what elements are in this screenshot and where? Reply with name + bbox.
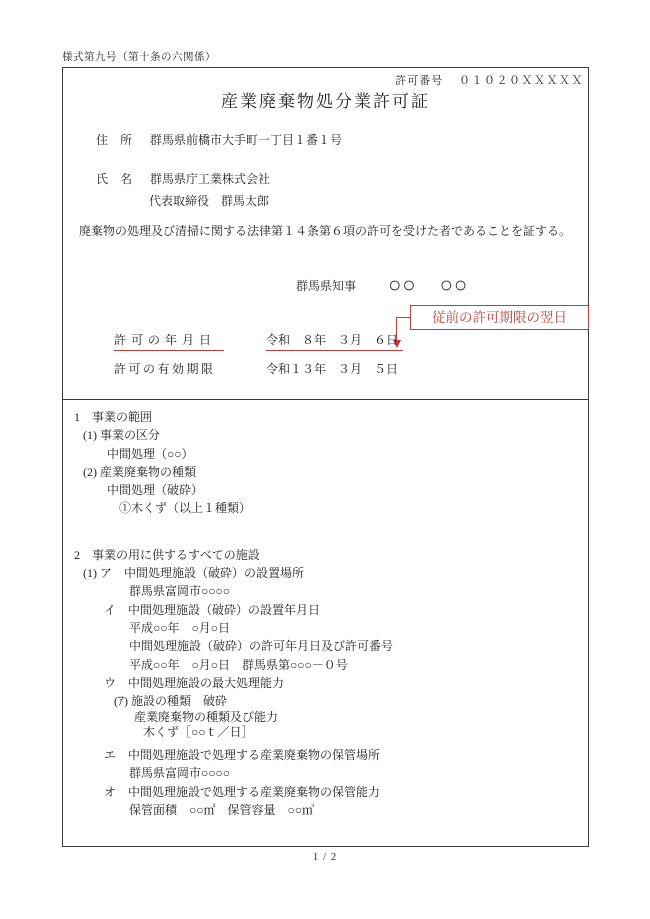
certificate-title: 産業廃棄物処分業許可証 — [63, 87, 588, 112]
body-line: エ 中間処理施設で処理する産業廃棄物の保管場所 — [104, 746, 588, 764]
body-line: イ 中間処理施設（破砕）の設置年月日 — [104, 601, 588, 619]
annotation-callout: 従前の許可期限の翌日 — [410, 305, 589, 330]
body-line: 2 事業の用に供するすべての施設 — [74, 546, 588, 564]
body-line: 1 事業の範囲 — [74, 408, 588, 426]
body-line: (2) 産業廃棄物の種類 — [83, 463, 588, 481]
document-page: 様式第九号（第十条の六関係） 許可番号 ０１０２０ＸＸＸＸＸ 産業廃棄物処分業許… — [0, 0, 650, 919]
governor-label: 群馬県知事 — [296, 277, 356, 294]
permit-date-label: 許可の年月日 — [114, 331, 224, 351]
expiry-date-row: 許可の有効期限 令和１３年 ３月 ５日 — [114, 360, 224, 377]
address-value: 群馬県前橋市大手町一丁目１番１号 — [150, 133, 342, 147]
expiry-date-label: 許可の有効期限 — [114, 360, 224, 377]
body-line: 群馬県富岡市○○○○ — [129, 764, 588, 782]
body-line: 木くず［○○ｔ／日］ — [143, 723, 588, 741]
permit-number-row: 許可番号 ０１０２０ＸＸＸＸＸ — [395, 72, 584, 88]
body-line: (1) 事業の区分 — [83, 426, 588, 444]
body-line: 中間処理（○○） — [107, 445, 588, 463]
body-line: 平成○○年 ○月○日 — [129, 619, 588, 637]
address-label: 住 所 — [96, 131, 138, 148]
name-row: 氏 名 群馬県庁工業株式会社 — [96, 170, 270, 187]
body-line: ①木くず（以上１種類） — [119, 499, 588, 517]
name-label: 氏 名 — [96, 170, 138, 187]
section-divider — [63, 399, 588, 400]
permit-number-value: ０１０２０ＸＸＸＸＸ — [459, 75, 584, 87]
permit-number-label: 許可番号 — [395, 75, 443, 87]
company-name: 群馬県庁工業株式会社 — [150, 172, 270, 186]
body-lines: 1 事業の範囲(1) 事業の区分中間処理（○○）(2) 産業廃棄物の種類中間処理… — [63, 408, 588, 819]
body-line: ウ 中間処理施設の最大処理能力 — [104, 674, 588, 692]
address-row: 住 所 群馬県前橋市大手町一丁目１番１号 — [96, 131, 342, 148]
governor-row: 群馬県知事 ○○ ○○ — [296, 274, 468, 296]
body-line: オ 中間処理施設で処理する産業廃棄物の保管能力 — [104, 783, 588, 801]
representative-name: 代表取締役 群馬太郎 — [149, 192, 269, 209]
body-line: 中間処理（破砕） — [107, 481, 588, 499]
certification-text: 廃棄物の処理及び清掃に関する法律第１４条第６項の許可を受けた者であることを証する… — [79, 222, 571, 239]
governor-name-placeholder-circles: ○○ ○○ — [388, 274, 468, 296]
body-line: 平成○○年 ○月○日 群馬県第○○○－０号 — [129, 656, 588, 674]
annotation-connector-horizontal — [396, 317, 410, 318]
body-line: 保管面積 ○○㎡ 保管容量 ○○㎥ — [129, 801, 588, 819]
permit-date-value: 令和 ８年 ３月 ６日 — [266, 331, 403, 351]
body-line: 中間処理施設（破砕）の許可年月日及び許可番号 — [129, 637, 588, 655]
page-number: 1 / 2 — [0, 851, 650, 863]
expiry-date-value: 令和１３年 ３月 ５日 — [266, 360, 398, 377]
body-line: (1) ア 中間処理施設（破砕）の設置場所 — [83, 564, 588, 582]
body-line: 群馬県富岡市○○○○ — [129, 582, 588, 600]
form-style-label: 様式第九号（第十条の六関係） — [62, 49, 216, 64]
permit-date-row: 許可の年月日 令和 ８年 ３月 ６日 — [114, 331, 224, 351]
certificate-box: 許可番号 ０１０２０ＸＸＸＸＸ 産業廃棄物処分業許可証 住 所 群馬県前橋市大手… — [62, 67, 589, 847]
